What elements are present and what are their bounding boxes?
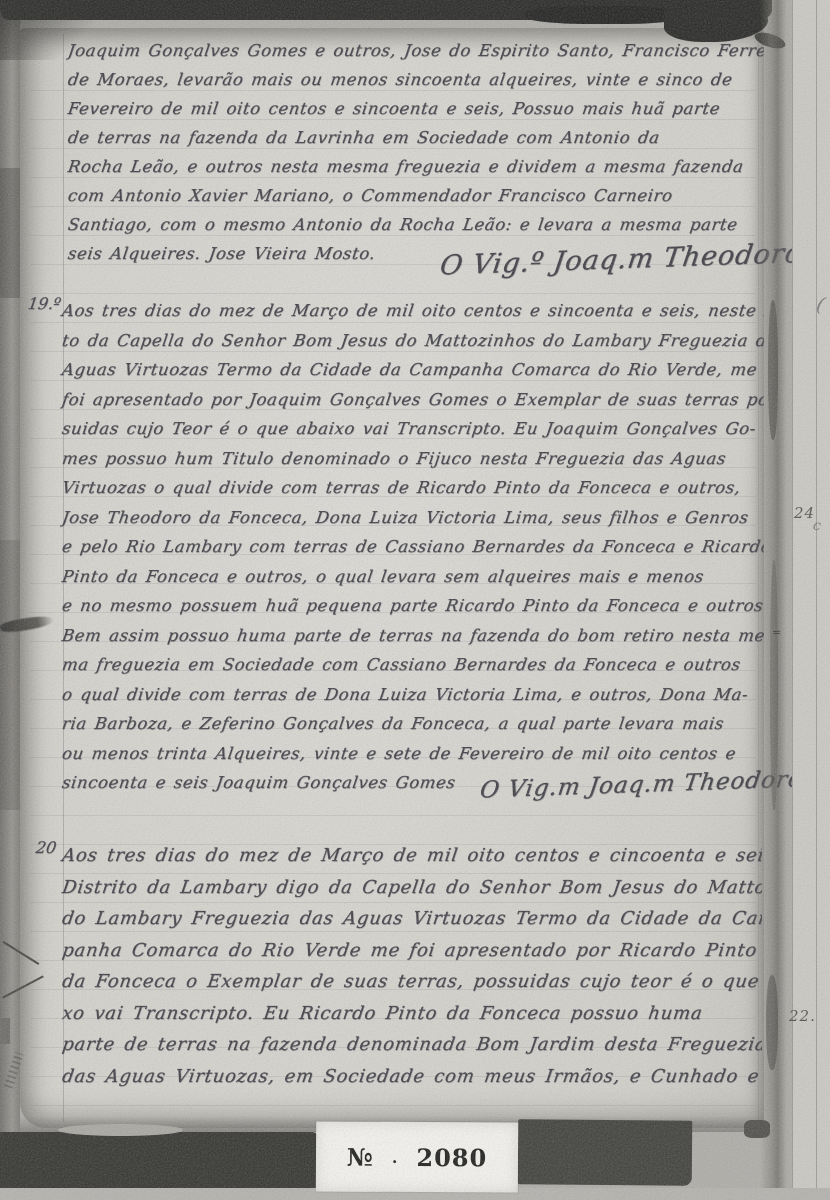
manuscript-line: suidas cujo Teor é o que abaixo vai Tran… xyxy=(60,414,764,444)
entry-20-text: Aos tres dias do mez de Março de mil oit… xyxy=(60,840,762,1092)
manuscript-line: de terras na fazenda da Lavrinha em Soci… xyxy=(66,123,764,152)
manuscript-line: Aguas Virtuozas Termo da Cidade da Campa… xyxy=(60,355,764,385)
manuscript-line: ou menos trinta Alqueires, vinte e sete … xyxy=(60,739,764,769)
scan-bottom-highlight xyxy=(58,1124,183,1136)
manuscript-line: de Moraes, levarão mais ou menos sincoen… xyxy=(66,65,764,94)
manuscript-line: da Fonceca o Exemplar de suas terras, po… xyxy=(60,966,762,998)
manuscript-line: e no mesmo possuem huã pequena parte Ric… xyxy=(60,591,764,621)
manuscript-line: o qual divide com terras de Dona Luiza V… xyxy=(60,680,764,710)
pencil-mark xyxy=(0,1018,10,1044)
scanned-book-page: Joaquim Gonçalves Gomes e outros, Jose d… xyxy=(0,0,830,1200)
scan-shadow-blob xyxy=(525,6,685,24)
adjacent-page-crease xyxy=(816,0,817,1200)
manuscript-line: Joaquim Gonçalves Gomes e outros, Jose d… xyxy=(66,36,764,65)
manuscript-line: Jose Theodoro da Fonceca, Dona Luiza Vic… xyxy=(60,503,764,533)
manuscript-line: Santiago, com o mesmo Antonio da Rocha L… xyxy=(66,210,764,239)
manuscript-line: panha Comarca do Rio Verde me foi aprese… xyxy=(60,935,762,967)
manuscript-line: Bem assim possuo huma parte de terras na… xyxy=(60,621,764,651)
manuscript-line: Aos tres dias do mez de Março de mil oit… xyxy=(60,296,764,326)
manuscript-line: ria Barboza, e Zeferino Gonçalves da Fon… xyxy=(60,709,764,739)
entry-continuation-text: Joaquim Gonçalves Gomes e outros, Jose d… xyxy=(66,36,764,268)
manuscript-page: Joaquim Gonçalves Gomes e outros, Jose d… xyxy=(20,28,764,1128)
manuscript-line: mes possuo hum Titulo denominado o Fijuc… xyxy=(60,444,764,474)
fold-blotch xyxy=(770,560,778,810)
number-label: № . 2080 xyxy=(316,1121,518,1192)
manuscript-line: ma freguezia em Sociedade com Cassiano B… xyxy=(60,650,764,680)
scan-bottom-band-left xyxy=(0,1132,318,1190)
manuscript-line: to da Capella do Senhor Bom Jesus do Mat… xyxy=(60,326,764,356)
scan-left-smudge xyxy=(0,540,20,810)
fold-blotch xyxy=(766,975,778,1070)
label-dot: . xyxy=(392,1147,399,1166)
fold-blotch xyxy=(768,300,778,440)
manuscript-line: com Antonio Xavier Mariano, o Commendado… xyxy=(66,181,764,210)
numero-sign: № xyxy=(347,1142,374,1171)
folio-number-lower: 22. xyxy=(789,1007,816,1025)
manuscript-line: xo vai Transcripto. Eu Ricardo Pinto da … xyxy=(60,998,762,1030)
manuscript-line: do Lambary Freguezia das Aguas Virtuozas… xyxy=(60,903,762,935)
folio-number-upper: 24 xyxy=(794,504,815,522)
scan-left-smudge xyxy=(0,168,20,298)
manuscript-line: parte de terras na fazenda denominada Bo… xyxy=(60,1029,762,1061)
scan-bottom-notch xyxy=(744,1120,770,1138)
manuscript-line: Fevereiro de mil oito centos e sincoenta… xyxy=(66,94,764,123)
entry-19-text: Aos tres dias do mez de Março de mil oit… xyxy=(60,296,764,798)
manuscript-line: Rocha Leão, e outros nesta mesma freguez… xyxy=(66,152,764,181)
manuscript-line: Distrito da Lambary digo da Capella do S… xyxy=(60,872,762,904)
manuscript-line: Virtuozas o qual divide com terras de Ri… xyxy=(60,473,764,503)
manuscript-line: e pelo Rio Lambary com terras de Cassian… xyxy=(60,532,764,562)
scan-corner-shadow xyxy=(0,0,110,60)
entry-19-marker: 19.º xyxy=(27,294,63,313)
manuscript-line: Pinto da Fonceca e outros, o qual levara… xyxy=(60,562,764,592)
manuscript-line: Aos tres dias do mez de Março de mil oit… xyxy=(60,840,762,872)
entry-20-marker: 20 xyxy=(35,838,58,857)
label-number: 2080 xyxy=(416,1142,487,1171)
scan-bottom-band-right xyxy=(518,1119,693,1186)
stray-ink-mark: = xyxy=(772,626,781,639)
manuscript-line: das Aguas Virtuozas, em Sociedade com me… xyxy=(60,1061,762,1093)
manuscript-line: foi apresentado por Joaquim Gonçalves Go… xyxy=(60,385,764,415)
